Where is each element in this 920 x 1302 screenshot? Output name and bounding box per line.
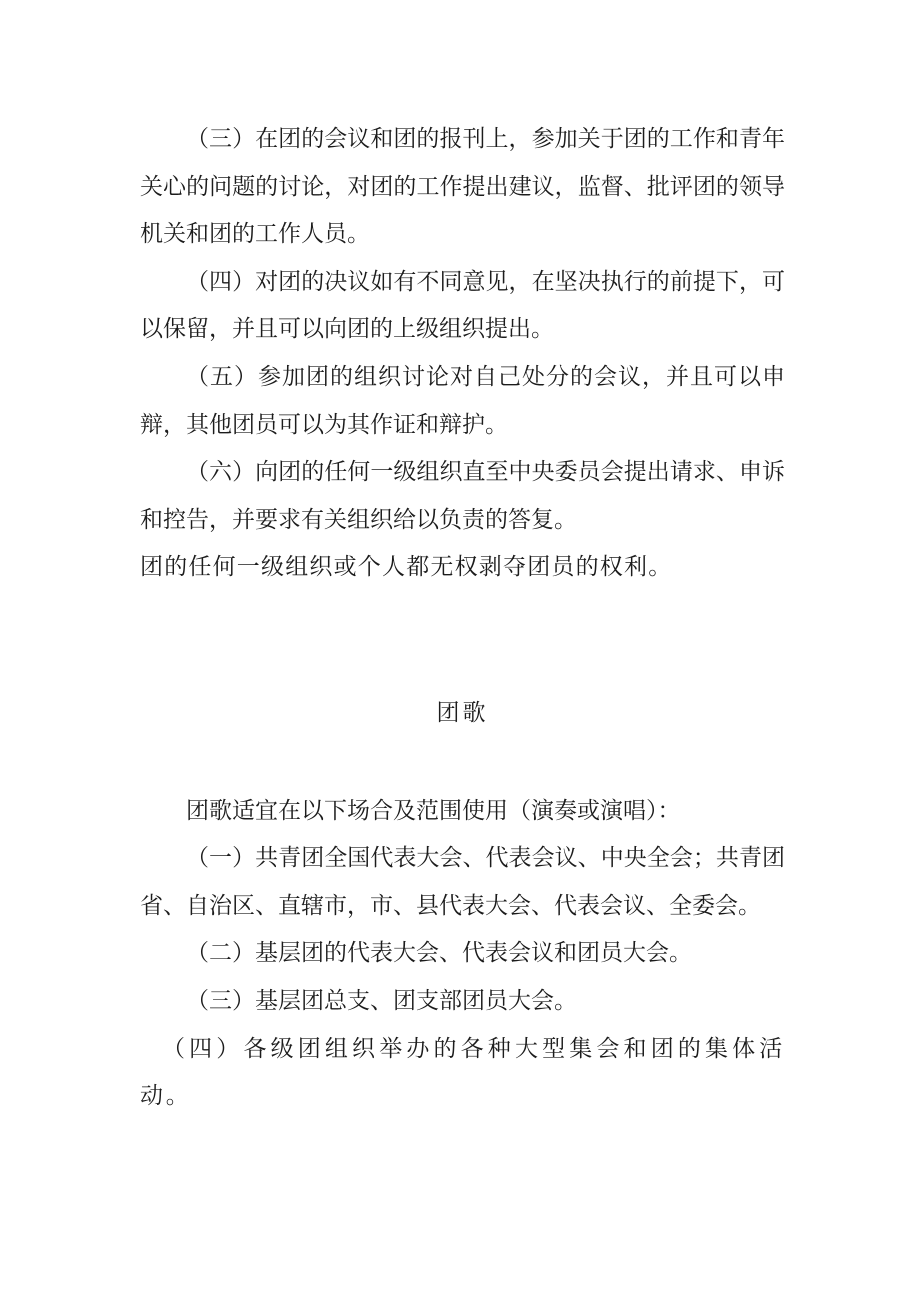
anthem-section-heading: 团歌 xyxy=(140,689,785,737)
anthem-usage-item-4: （四）各级团组织举办的各种大型集会和团的集体活动。 xyxy=(140,1025,785,1120)
document-page: （三）在团的会议和团的报刊上，参加关于团的工作和青年关心的问题的讨论，对团的工作… xyxy=(0,0,920,1302)
member-rights-clause-3: （三）在团的会议和团的报刊上，参加关于团的工作和青年关心的问题的讨论，对团的工作… xyxy=(140,115,785,258)
anthem-usage-item-1: （一）共青团全国代表大会、代表会议、中央全会；共青团省、自治区、直辖市，市、县代… xyxy=(140,834,785,929)
member-rights-clause-6: （六）向团的任何一级组织直至中央委员会提出请求、申诉和控告，并要求有关组织给以负… xyxy=(140,448,785,543)
anthem-usage-item-3: （三）基层团总支、团支部团员大会。 xyxy=(140,977,785,1025)
anthem-usage-item-2: （二）基层团的代表大会、代表会议和团员大会。 xyxy=(140,929,785,977)
member-rights-clause-4: （四）对团的决议如有不同意见，在坚决执行的前提下，可以保留，并且可以向团的上级组… xyxy=(140,258,785,353)
member-rights-clause-5: （五）参加团的组织讨论对自己处分的会议，并且可以申辩，其他团员可以为其作证和辩护… xyxy=(140,353,785,448)
member-rights-closing-statement: 团的任何一级组织或个人都无权剥夺团员的权利。 xyxy=(140,543,785,591)
anthem-usage-intro: 团歌适宜在以下场合及范围使用（演奏或演唱）： xyxy=(140,787,785,835)
